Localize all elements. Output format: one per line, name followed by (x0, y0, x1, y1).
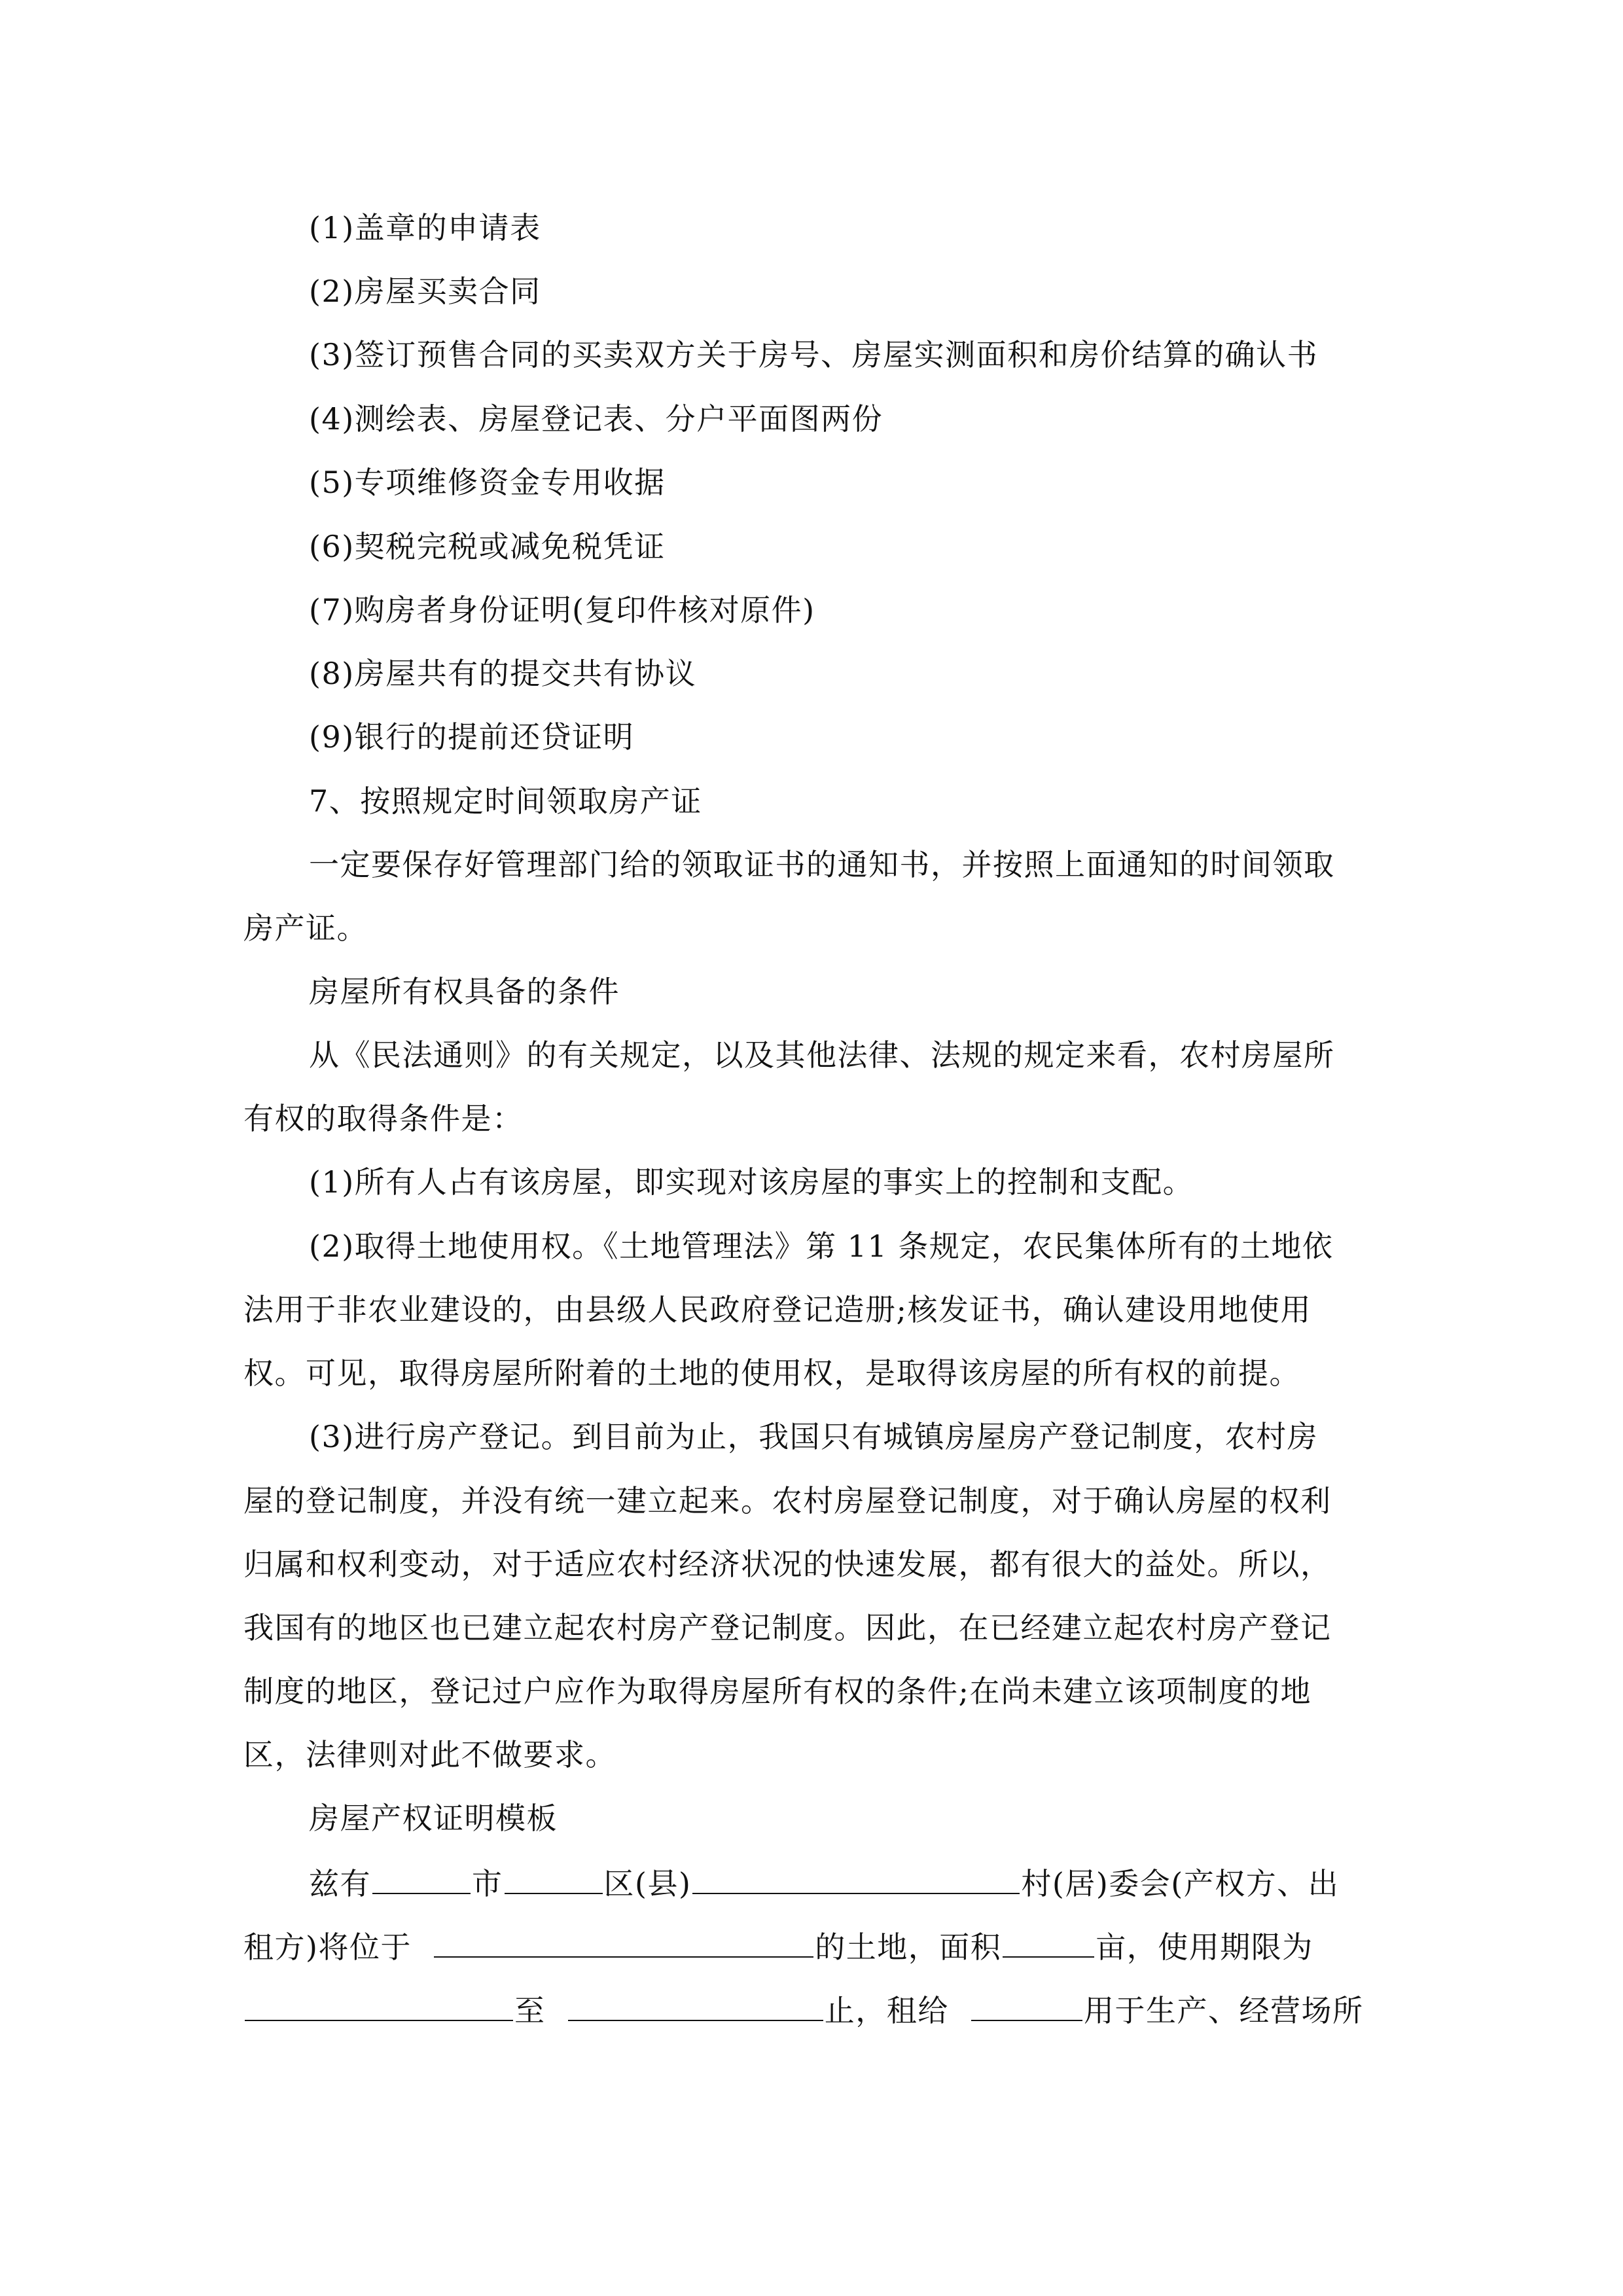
paragraph-line: 权。可见，取得房屋所附着的土地的使用权，是取得该房屋的所有权的前提。 (243, 1354, 1376, 1393)
paragraph-line: 有权的取得条件是： (243, 1099, 1376, 1138)
template-text: 的土地，面积 (815, 1929, 1001, 1965)
list-item: (6)契税完税或减免税凭证 (309, 527, 1376, 566)
template-text: 区(县) (604, 1866, 692, 1901)
paragraph-line: 法用于非农业建设的，由县级人民政府登记造册;核发证书，确认建设用地使用 (243, 1290, 1376, 1329)
blank-end-date-field[interactable] (568, 1990, 823, 2021)
list-item: (7)购房者身份证明(复印件核对原件) (309, 590, 1376, 630)
paragraph-line: 房产证。 (243, 908, 1376, 948)
document-page: (1)盖章的申请表 (2)房屋买卖合同 (3)签订预售合同的买卖双方关于房号、房… (0, 0, 1623, 2296)
template-text: 兹有 (309, 1866, 371, 1901)
list-item: (8)房屋共有的提交共有协议 (309, 654, 1376, 693)
template-text: 至 (514, 1993, 546, 2028)
list-item: (5)专项维修资金专用收据 (309, 463, 1376, 502)
paragraph-line: 制度的地区，登记过户应作为取得房屋所有权的条件;在尚未建立该项制度的地 (243, 1672, 1376, 1711)
template-line: 至 止，租给 用于生产、经营场所 (243, 1990, 1376, 2030)
condition-1: (1)所有人占有该房屋，即实现对该房屋的事实上的控制和支配。 (309, 1162, 1376, 1202)
list-item: (2)房屋买卖合同 (309, 272, 1376, 311)
list-item: (4)测绘表、房屋登记表、分户平面图两份 (309, 399, 1376, 439)
template-text: 亩，使用期限为 (1096, 1929, 1313, 1965)
paragraph-line: 区，法律则对此不做要求。 (243, 1735, 1376, 1774)
blank-start-date-field[interactable] (245, 1990, 513, 2021)
template-text: 市 (472, 1866, 503, 1901)
template-text: 用于生产、经营场所 (1084, 1993, 1364, 2028)
blank-area-field[interactable] (1003, 1926, 1094, 1958)
paragraph-line: 归属和权利变动，对于适应农村经济状况的快速发展，都有很大的益处。所以， (243, 1545, 1376, 1584)
section-heading: 房屋所有权具备的条件 (309, 972, 1376, 1011)
paragraph-line: (2)取得土地使用权。《土地管理法》第 11 条规定，农民集体所有的土地依 (309, 1227, 1376, 1266)
step-title: 7、按照规定时间领取房产证 (309, 781, 1376, 821)
paragraph-line: 从《民法通则》的有关规定，以及其他法律、法规的规定来看，农村房屋所 (309, 1035, 1376, 1075)
paragraph-line: 我国有的地区也已建立起农村房产登记制度。因此，在已经建立起农村房产登记 (243, 1608, 1376, 1647)
list-item: (3)签订预售合同的买卖双方关于房号、房屋实测面积和房价结算的确认书 (309, 335, 1376, 374)
blank-village-field[interactable] (692, 1863, 1020, 1894)
paragraph-line: 一定要保存好管理部门给的领取证书的通知书，并按照上面通知的时间领取 (309, 845, 1376, 884)
template-text: 租方)将位于 (243, 1929, 412, 1965)
blank-district-field[interactable] (505, 1863, 603, 1894)
section-heading: 房屋产权证明模板 (309, 1799, 1376, 1838)
list-item: (9)银行的提前还贷证明 (309, 717, 1376, 757)
blank-city-field[interactable] (372, 1863, 471, 1894)
paragraph-line: (3)进行房产登记。到目前为止，我国只有城镇房屋房产登记制度，农村房 (309, 1417, 1376, 1456)
template-text: 止，租给 (825, 1993, 949, 2028)
blank-location-field[interactable] (434, 1926, 813, 1958)
list-item: (1)盖章的申请表 (309, 208, 1376, 247)
template-line: 兹有市区(县)村(居)委会(产权方、出 (309, 1863, 1376, 1903)
blank-tenant-field[interactable] (971, 1990, 1082, 2021)
paragraph-line: 屋的登记制度，并没有统一建立起来。农村房屋登记制度，对于确认房屋的权利 (243, 1481, 1376, 1520)
template-line: 租方)将位于 的土地，面积亩，使用期限为 (243, 1926, 1376, 1967)
template-text: 村(居)委会(产权方、出 (1021, 1866, 1339, 1901)
